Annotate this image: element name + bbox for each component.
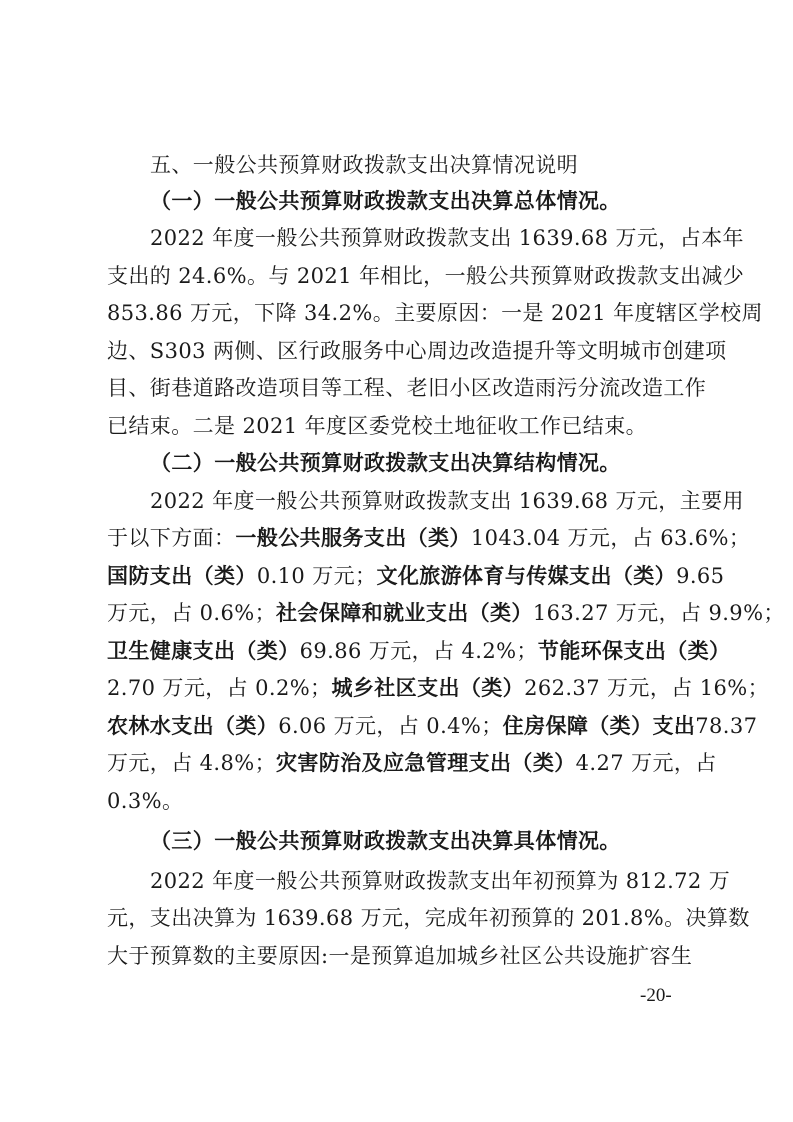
category-value: 1043.04 万元，占 63.6%； [471, 526, 751, 550]
paragraph-line: 2022 年度一般公共预算财政拨款支出 1639.68 万元，主要用 [150, 486, 689, 516]
paragraph-line: 国防支出（类）0.10 万元；文化旅游体育与传媒支出（类）9.65 [107, 561, 689, 591]
subsection-heading-1: （一）一般公共预算财政拨款支出决算总体情况。 [150, 186, 732, 216]
paragraph-line: 卫生健康支出（类）69.86 万元，占 4.2%；节能环保支出（类） [107, 636, 689, 666]
paragraph-line: 目、街巷道路改造项目等工程、老旧小区改造雨污分流改造工作 [107, 373, 689, 403]
category-value: 163.27 万元，占 9.9%； [533, 601, 785, 625]
paragraph-line: 0.3%。 [107, 786, 689, 816]
paragraph-line: 于以下方面：一般公共服务支出（类）1043.04 万元，占 63.6%； [107, 523, 689, 553]
paragraph-line: 2022 年度一般公共预算财政拨款支出 1639.68 万元，占本年 [150, 223, 689, 253]
category-label: 社会保障和就业支出（类） [276, 601, 533, 625]
paragraph-line: 大于预算数的主要原因:一是预算追加城乡社区公共设施扩容生 [107, 941, 689, 971]
category-value: 0.10 万元； [257, 564, 377, 588]
category-value: 万元，占 0.6%； [107, 601, 276, 625]
category-value: 9.65 [676, 564, 724, 588]
paragraph-line: 万元，占 4.8%；灾害防治及应急管理支出（类）4.27 万元，占 [107, 748, 689, 778]
category-label: 农林水支出（类） [107, 714, 278, 738]
subsection-heading-3: （三）一般公共预算财政拨款支出决算具体情况。 [150, 826, 732, 856]
paragraph-line: 853.86 万元，下降 34.2%。主要原因：一是 2021 年度辖区学校周 [107, 298, 689, 328]
paragraph-line: 农林水支出（类）6.06 万元，占 0.4%；住房保障（类）支出78.37 [107, 711, 689, 741]
category-label: 住房保障（类）支出 [503, 714, 696, 738]
category-label: 一般公共服务支出（类） [235, 526, 470, 550]
subsection-heading-2: （二）一般公共预算财政拨款支出决算结构情况。 [150, 448, 732, 478]
category-label: 灾害防治及应急管理支出（类） [276, 751, 576, 775]
category-value: 6.06 万元，占 0.4%； [278, 714, 502, 738]
category-value: 4.27 万元，占 [576, 751, 717, 775]
paragraph-line: 支出的 24.6%。与 2021 年相比，一般公共预算财政拨款支出减少 [107, 261, 689, 291]
paragraph-line: 已结束。二是 2021 年度区委党校土地征收工作已结束。 [107, 411, 689, 441]
document-page: 五、一般公共预算财政拨款支出决算情况说明 （一）一般公共预算财政拨款支出决算总体… [0, 0, 793, 1122]
category-label: 文化旅游体育与传媒支出（类） [376, 564, 676, 588]
page-number: -20- [640, 985, 672, 1007]
paragraph-line: 元，支出决算为 1639.68 万元，完成年初预算的 201.8%。决算数 [107, 903, 689, 933]
category-label: 卫生健康支出（类） [107, 639, 300, 663]
paragraph-line: 万元，占 0.6%；社会保障和就业支出（类）163.27 万元，占 9.9%； [107, 598, 689, 628]
category-value: 万元，占 4.8%； [107, 751, 276, 775]
category-value: 69.86 万元，占 4.2%； [300, 639, 538, 663]
text-span: 于以下方面： [107, 526, 235, 550]
category-value: 78.37 [695, 714, 757, 738]
category-value: 262.37 万元，占 16%； [524, 676, 769, 700]
category-label: 城乡社区支出（类） [331, 676, 524, 700]
paragraph-line: 2022 年度一般公共预算财政拨款支出年初预算为 812.72 万 [150, 866, 689, 896]
paragraph-line: 2.70 万元，占 0.2%；城乡社区支出（类）262.37 万元，占 16%； [107, 673, 689, 703]
paragraph-line: 边、S303 两侧、区行政服务中心周边改造提升等文明城市创建项 [107, 336, 689, 366]
section-title: 五、一般公共预算财政拨款支出决算情况说明 [150, 150, 732, 180]
category-value: 2.70 万元，占 0.2%； [107, 676, 331, 700]
category-label: 节能环保支出（类） [538, 639, 731, 663]
category-label: 国防支出（类） [107, 564, 257, 588]
